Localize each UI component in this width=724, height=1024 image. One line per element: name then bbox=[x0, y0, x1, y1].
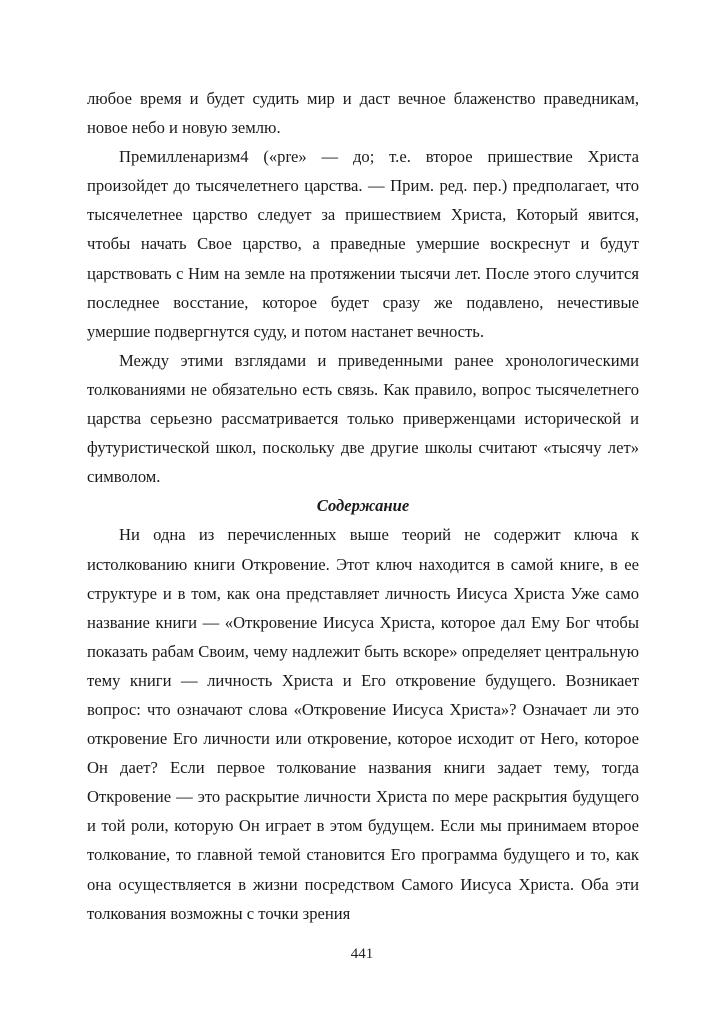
page-number: 441 bbox=[0, 944, 724, 964]
paragraph-premillennialism: Премилленаризм4 («pre» — до; т.е. второе… bbox=[87, 142, 639, 346]
paragraph-content: Ни одна из перечисленных выше теорий не … bbox=[87, 520, 639, 927]
paragraph-views-relation: Между этими взглядами и приведенными ран… bbox=[87, 346, 639, 491]
document-page: любое время и будет судить мир и даст ве… bbox=[87, 84, 639, 928]
paragraph-continuation: любое время и будет судить мир и даст ве… bbox=[87, 84, 639, 142]
section-heading: Содержание bbox=[87, 491, 639, 520]
